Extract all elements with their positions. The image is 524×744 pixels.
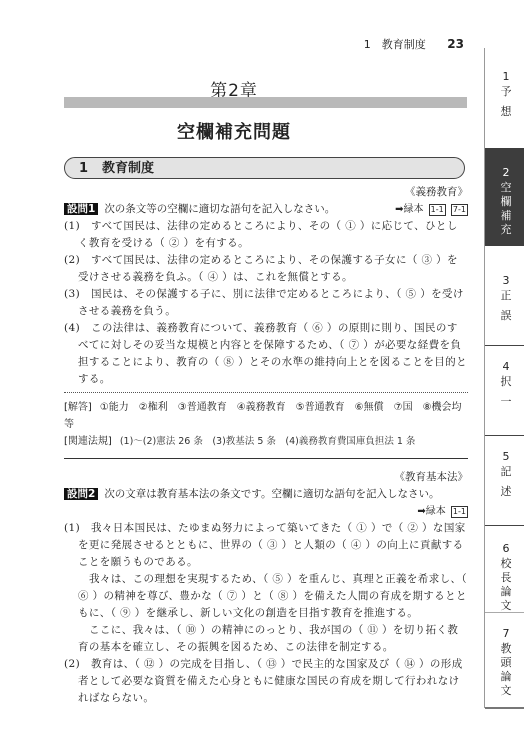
- reference-box: 7-1: [451, 204, 468, 216]
- tab-number: 4: [487, 360, 524, 373]
- question-item: (4) この法律は、義務教育について、義務教育（ ⑥ ）の原則に則り、国民のすべ…: [64, 320, 468, 388]
- question-item: (2) すべて国民は、法律の定めるところにより、その保護する子女に（ ③ ）を受…: [64, 252, 468, 286]
- reference-box: 1-1: [429, 204, 446, 216]
- page-number: 23: [447, 37, 464, 51]
- tab-char: 充: [487, 223, 524, 237]
- sidebar-tab-2[interactable]: 2 空 欄 補 充: [485, 148, 524, 246]
- tab-char: 補: [487, 209, 524, 223]
- chapter-title: 空欄補充問題: [0, 118, 468, 144]
- tab-char: 教: [487, 642, 524, 656]
- tab-char: 欄: [487, 195, 524, 209]
- question-topic: 《教育基本法》: [64, 469, 468, 486]
- question-2: 《教育基本法》 設問2次の文章は教育基本法の条文です。空欄に適切な語句を記入しな…: [64, 469, 468, 707]
- tab-char: 文: [487, 599, 524, 613]
- question-prompt: 次の条文等の空欄に適切な語句を記入しなさい。: [104, 203, 335, 215]
- dotted-divider: [64, 392, 468, 393]
- related-law-text: (1)〜(2)憲法 26 条 (3)教基法 5 条 (4)義務教育費国庫負担法 …: [120, 436, 416, 447]
- sidebar-tab-1[interactable]: 1 予 想: [485, 66, 524, 156]
- answer-label: [解答]: [64, 402, 92, 413]
- answer-block: [解答]①能力 ②権利 ③普通教育 ④義務教育 ⑤普通教育 ⑥無償 ⑦国 ⑧機会…: [64, 399, 468, 433]
- sidebar-tab-7[interactable]: 7 教 頭 論 文: [485, 613, 524, 707]
- tab-char: 論: [487, 585, 524, 599]
- tab-divider: [485, 707, 524, 709]
- tab-number: 5: [487, 450, 524, 463]
- reference-label: ➡緑本: [417, 506, 445, 517]
- tab-char: 論: [487, 670, 524, 684]
- question-item: (1) すべて国民は、法律の定めるところにより、その（ ① ）に応じて、ひとしく…: [64, 218, 468, 252]
- related-law-block: [関連法規](1)〜(2)憲法 26 条 (3)教基法 5 条 (4)義務教育費…: [64, 433, 468, 450]
- section-divider: [64, 458, 468, 459]
- question-item: (1) 我々日本国民は、たゆまぬ努力によって築いてきた（ ① ）で（ ② ）な国…: [64, 520, 468, 571]
- question-header: 設問1次の条文等の空欄に適切な語句を記入しなさい。 ➡緑本 1-1 7-1: [64, 201, 468, 218]
- question-item: (2) 教育は、（ ⑫ ）の完成を目指し、（ ⑬ ）で民主的な国家及び（ ⑭ ）…: [64, 656, 468, 707]
- running-head-section: 1 教育制度: [364, 38, 426, 51]
- reference-label: ➡緑本: [395, 204, 423, 215]
- section-number: 1: [79, 161, 88, 176]
- reference: ➡緑本 1-1: [64, 503, 468, 520]
- question-topic: 《義務教育》: [64, 184, 468, 201]
- running-head: 1 教育制度 23: [364, 36, 464, 52]
- tab-char: 記: [487, 465, 524, 479]
- question-badge: 設問2: [64, 488, 98, 500]
- tab-char: 一: [487, 395, 524, 409]
- tab-number: 1: [487, 70, 524, 83]
- tab-char: 頭: [487, 656, 524, 670]
- tab-char: 正: [487, 289, 524, 303]
- question-header: 設問2次の文章は教育基本法の条文です。空欄に適切な語句を記入しなさい。: [64, 486, 468, 503]
- tab-char: 想: [487, 105, 524, 119]
- tab-char: 校: [487, 557, 524, 571]
- section-heading: 1教育制度: [64, 157, 465, 179]
- sidebar-tab-6[interactable]: 6 校 長 論 文: [485, 526, 524, 611]
- answer-text: ①能力 ②権利 ③普通教育 ④義務教育 ⑤普通教育 ⑥無償 ⑦国 ⑧機会均等: [64, 402, 462, 430]
- tab-char: 予: [487, 85, 524, 99]
- question-paragraph: ここに、我々は、（ ⑩ ）の精神にのっとり、我が国の（ ⑪ ）を切り拓く教育の基…: [64, 622, 468, 656]
- reference: ➡緑本 1-1 7-1: [395, 201, 468, 218]
- tab-number: 7: [487, 627, 524, 640]
- tab-number: 3: [487, 274, 524, 287]
- tab-number: 6: [487, 542, 524, 555]
- chapter-divider: [64, 97, 467, 108]
- related-law-label: [関連法規]: [64, 436, 112, 447]
- tab-char: 文: [487, 684, 524, 698]
- tab-char: 空: [487, 181, 524, 195]
- question-1: 《義務教育》 設問1次の条文等の空欄に適切な語句を記入しなさい。 ➡緑本 1-1…: [64, 184, 468, 707]
- tab-char: 述: [487, 485, 524, 499]
- sidebar-tab-4[interactable]: 4 択 一: [485, 346, 524, 436]
- chapter-index-sidebar: 1 予 想 2 空 欄 補 充 3 正 誤 4 択 一 5 記 述 6 校 長 …: [484, 48, 524, 708]
- tab-number: 2: [487, 166, 524, 179]
- tab-char: 長: [487, 571, 524, 585]
- tab-char: 誤: [487, 309, 524, 323]
- sidebar-tab-3[interactable]: 3 正 誤: [485, 254, 524, 344]
- question-badge: 設問1: [64, 203, 98, 215]
- section-title: 教育制度: [102, 161, 154, 176]
- question-paragraph: 我々は、この理想を実現するため、（ ⑤ ）を重んじ、真理と正義を希求し、（ ⑥ …: [64, 571, 468, 622]
- question-prompt: 次の文章は教育基本法の条文です。空欄に適切な語句を記入しなさい。: [104, 488, 439, 500]
- question-item: (3) 国民は、その保護する子に、別に法律で定めるところにより、（ ⑤ ）を受け…: [64, 286, 468, 320]
- reference-box: 1-1: [451, 506, 468, 518]
- sidebar-tab-5[interactable]: 5 記 述: [485, 436, 524, 526]
- tab-char: 択: [487, 375, 524, 389]
